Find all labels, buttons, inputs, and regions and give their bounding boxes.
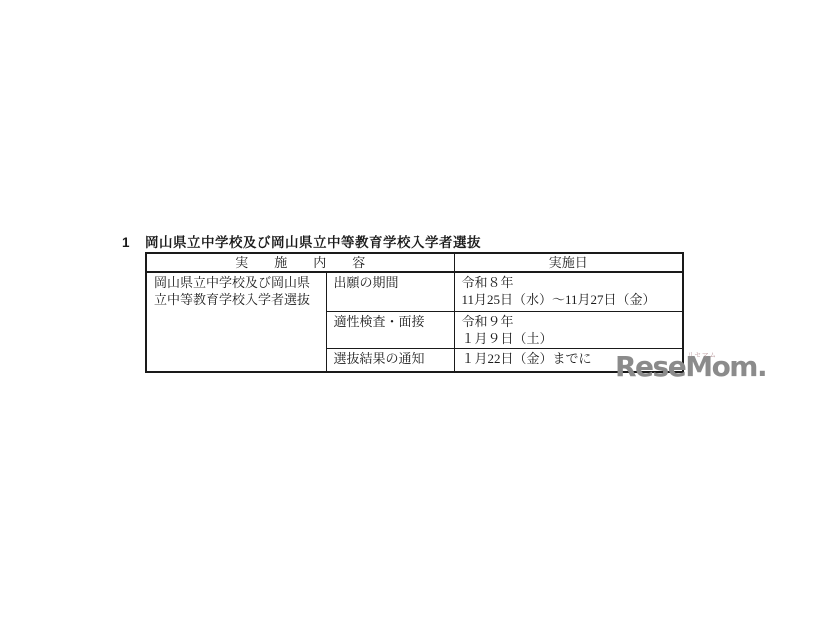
resemom-logo: リセマム ReseMom.	[615, 349, 727, 389]
date-cell-examination: 令和９年 １月９日（土）	[454, 312, 683, 349]
date-line-day: １月９日（土）	[462, 330, 676, 347]
document-page: 1 岡山県立中学校及び岡山県立中等教育学校入学者選抜 実 施 内 容 実施日 岡…	[0, 0, 826, 620]
section-number: 1	[122, 235, 130, 250]
date-line-era: 令和８年	[462, 274, 676, 291]
date-line-range: 11月25日（水）～11月27日（金）	[462, 291, 676, 308]
header-cell-date: 実施日	[454, 253, 683, 272]
schedule-table: 実 施 内 容 実施日 岡山県立中学校及び岡山県立中等教育学校入学者選抜 出願の…	[145, 252, 684, 373]
item-cell-application: 出願の期間	[326, 272, 454, 312]
section-title: 岡山県立中学校及び岡山県立中等教育学校入学者選抜	[145, 231, 481, 251]
table-header-row: 実 施 内 容 実施日	[146, 253, 683, 272]
header-cell-content: 実 施 内 容	[146, 253, 454, 272]
date-line-era: 令和９年	[462, 313, 676, 330]
table-row-application: 岡山県立中学校及び岡山県立中等教育学校入学者選抜 出願の期間 令和８年 11月2…	[146, 272, 683, 312]
category-cell: 岡山県立中学校及び岡山県立中等教育学校入学者選抜	[146, 272, 326, 372]
date-cell-application: 令和８年 11月25日（水）～11月27日（金）	[454, 272, 683, 312]
item-cell-examination: 適性検査・面接	[326, 312, 454, 349]
item-cell-notification: 選抜結果の通知	[326, 349, 454, 373]
resemom-logo-ruby: リセマム	[687, 350, 717, 359]
section-heading: 1 岡山県立中学校及び岡山県立中等教育学校入学者選抜	[122, 231, 481, 251]
